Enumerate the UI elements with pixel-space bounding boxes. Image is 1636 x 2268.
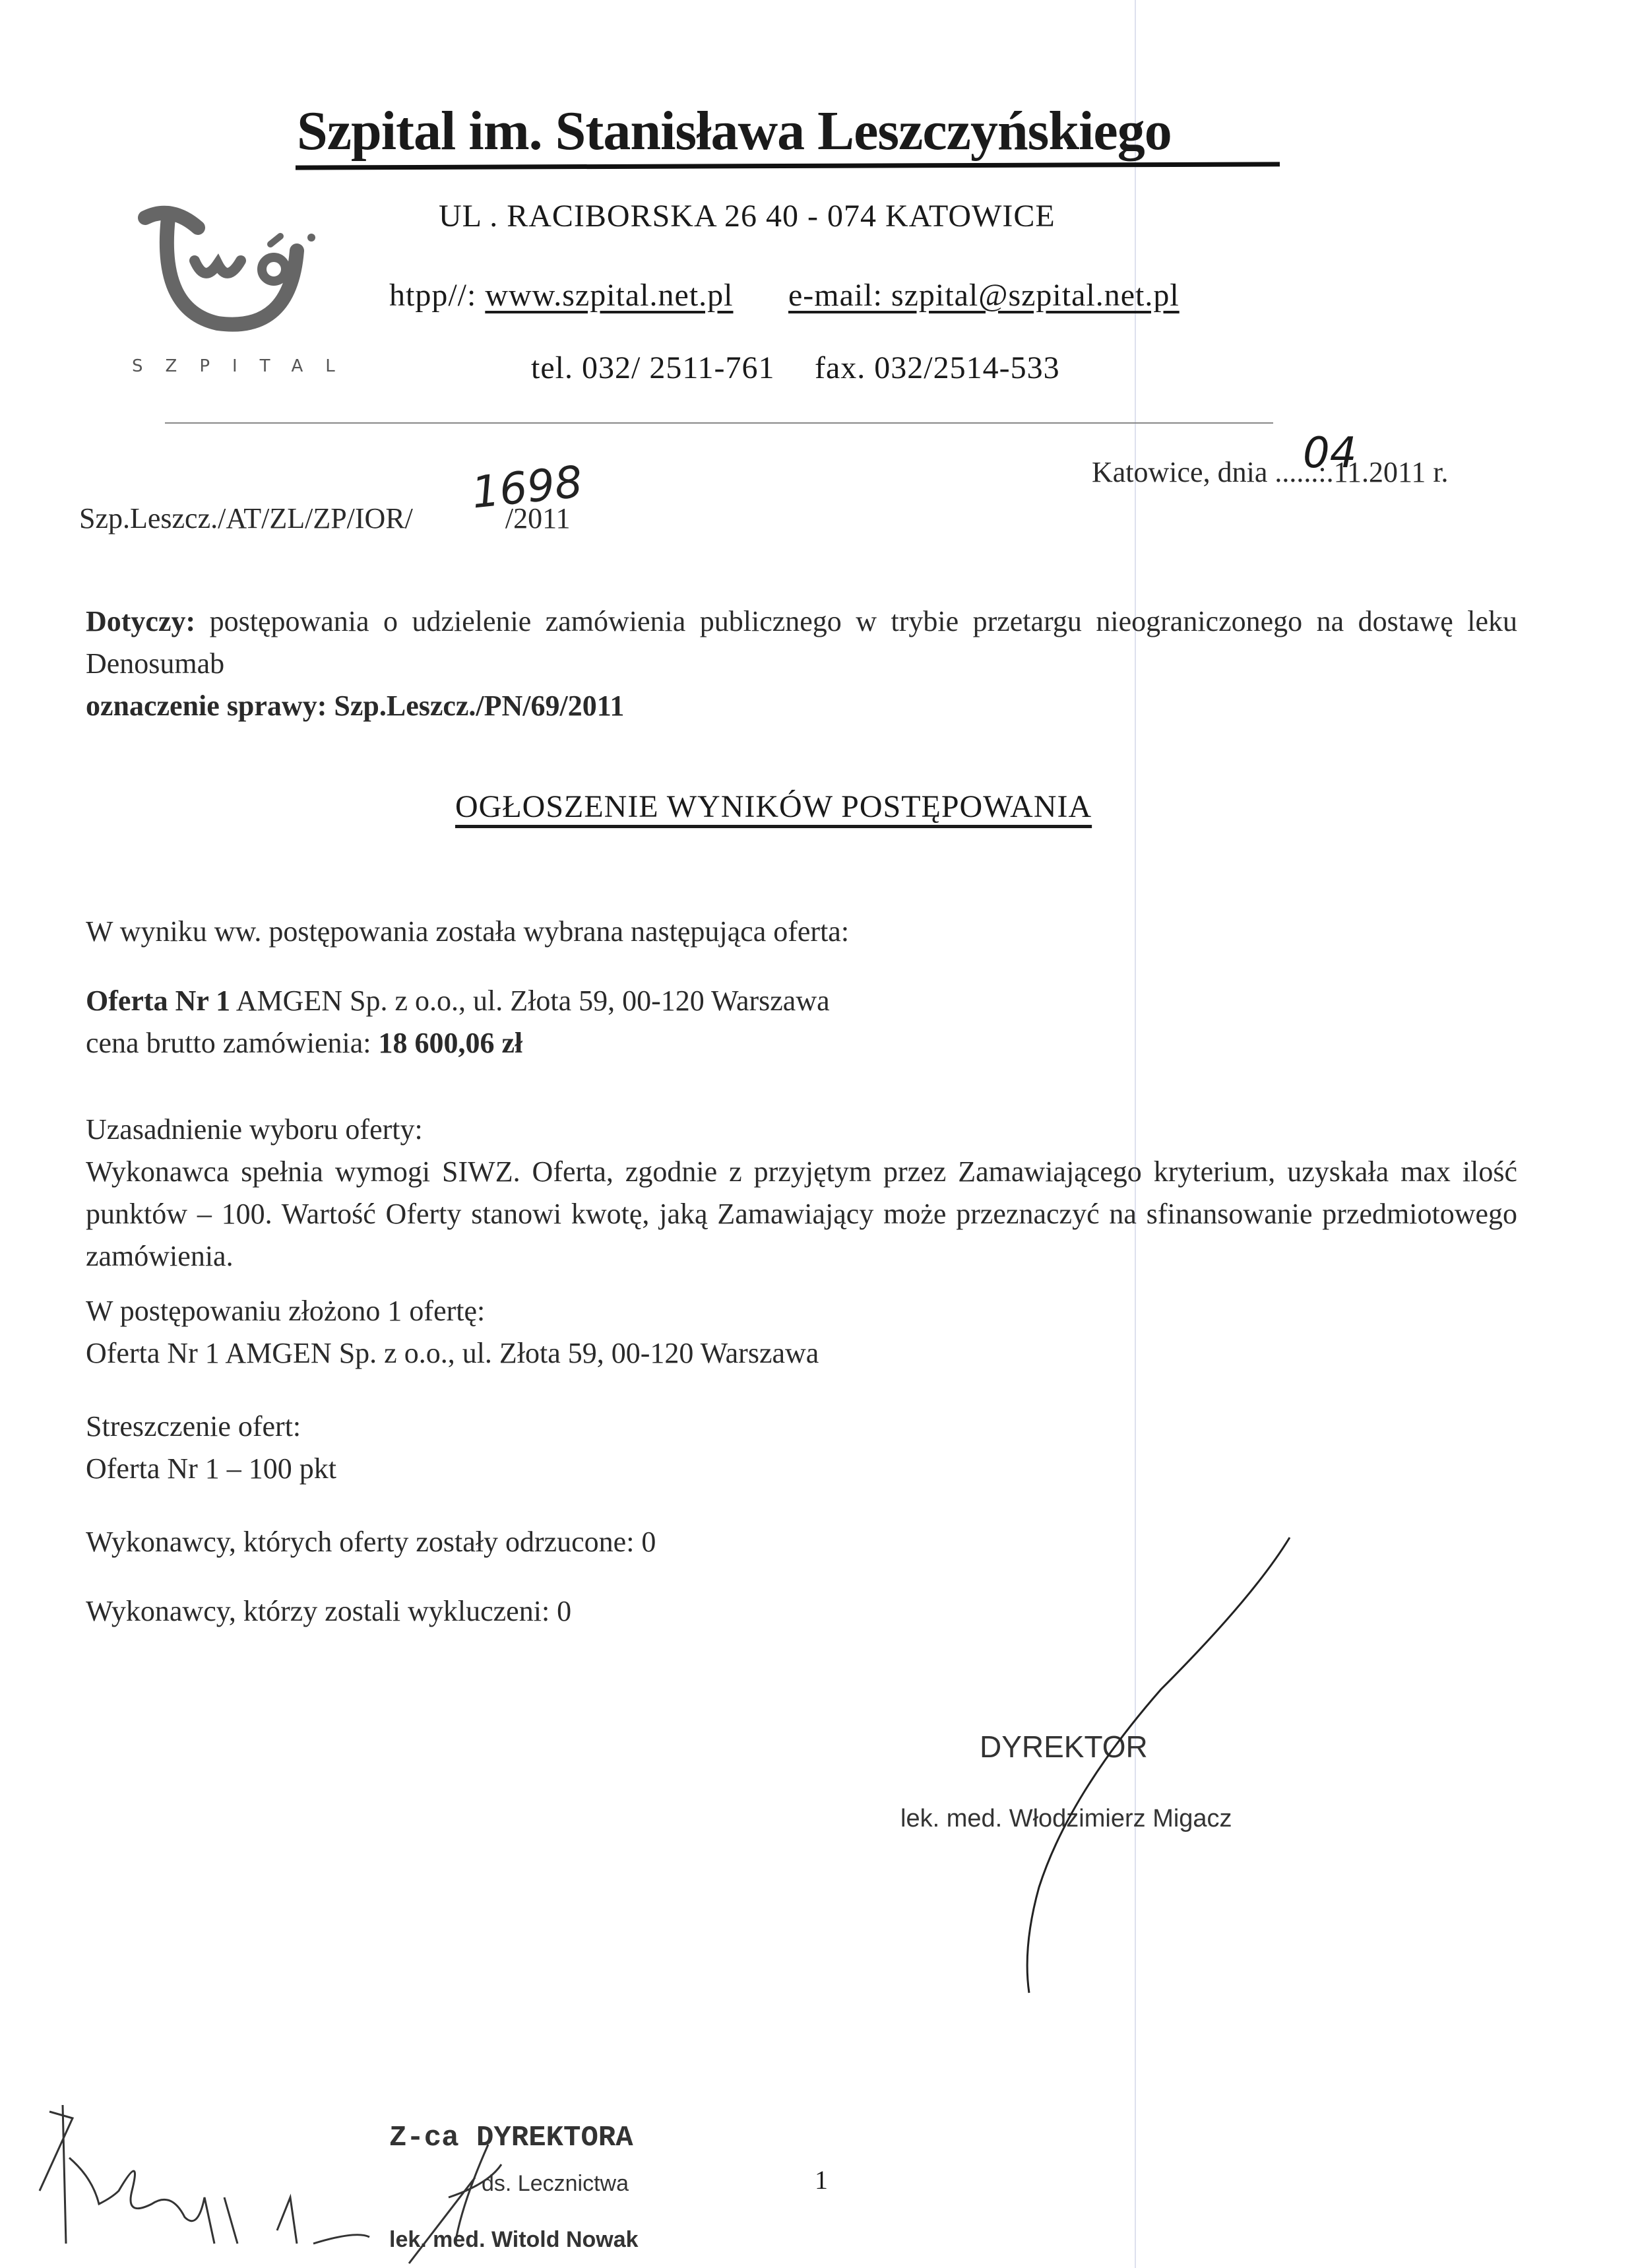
signature-strokes-icon [0, 0, 1636, 2268]
